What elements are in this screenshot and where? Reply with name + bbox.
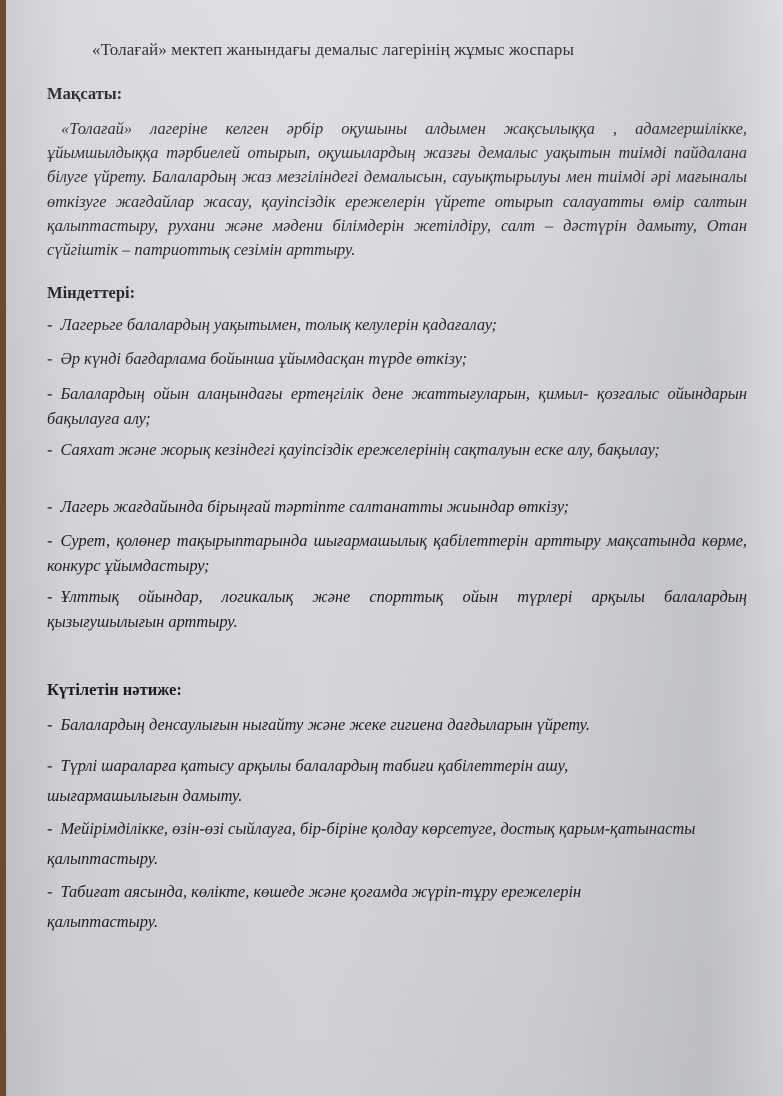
result-item: -Мейірімділікке, өзін-өзі сыйлауға, бір-… [47, 814, 727, 874]
tasks-heading: Міндеттері: [47, 283, 135, 303]
task-item: -Сурет, қолөнер тақырыптарында шығармашы… [47, 529, 747, 578]
task-item: -Балалардың ойын алаңындағы ертеңгілік д… [47, 382, 747, 431]
task-item: -Әр күнді бағдарлама бойынша ұйымдасқан … [47, 347, 747, 372]
task-item: -Лагерь жағдайында бірыңғай тәртіпте сал… [47, 495, 747, 520]
goal-heading: Мақсаты: [47, 84, 122, 104]
document-page: «Толағай» мектеп жанындағы демалыс лагер… [6, 0, 783, 1096]
task-item: -Ұлттық ойындар, логикалық және спорттық… [47, 585, 747, 634]
document-title: «Толағай» мектеп жанындағы демалыс лагер… [92, 40, 574, 60]
task-item: -Лагерьге балалардың уақытымен, толық ке… [47, 313, 747, 338]
result-item: -Табиғат аясында, көлікте, көшеде және қ… [47, 877, 677, 937]
results-heading: Күтілетін нәтиже: [47, 680, 182, 700]
result-item: -Балалардың денсаулығын нығайту және жек… [47, 713, 707, 738]
goal-paragraph: «Толағай» лагеріне келген әрбір оқушыны … [47, 117, 747, 262]
task-item: -Саяхат және жорық кезіндегі қауіпсіздік… [47, 438, 747, 463]
result-item: -Түрлі шараларға қатысу арқылы балаларды… [47, 751, 667, 811]
